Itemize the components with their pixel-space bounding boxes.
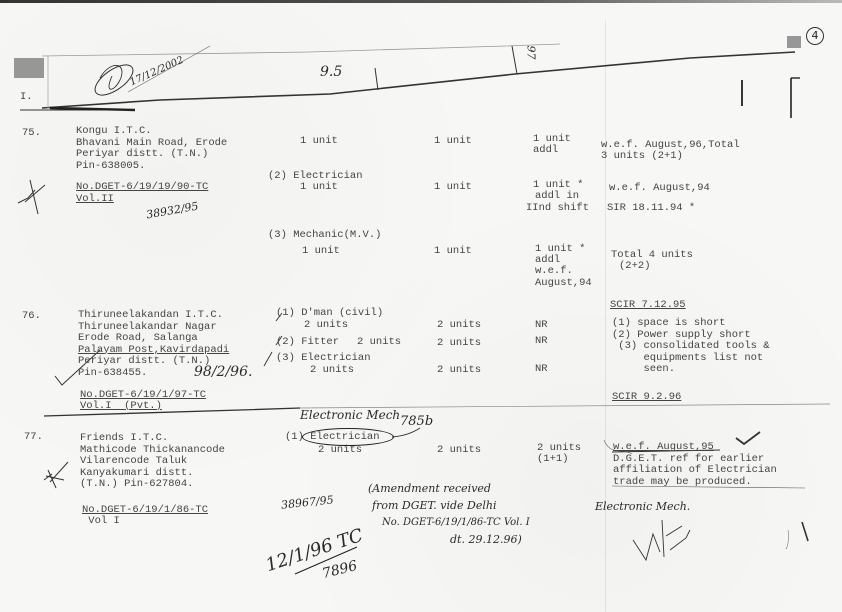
volume: Vol.I (Pvt.) xyxy=(80,401,162,413)
remarks-line: seen. xyxy=(612,364,770,376)
address-line: Pin-638005. xyxy=(76,161,227,173)
handwritten-trade-note: Electronic Mech xyxy=(300,408,400,422)
page-number-circled: 4 xyxy=(806,27,824,45)
trade-addl: addl xyxy=(533,145,558,157)
volume: Vol I xyxy=(82,516,120,528)
entry-serial: 75. xyxy=(22,128,41,140)
remarks-line: trade may be produced. xyxy=(613,477,777,489)
trade-status: NR xyxy=(535,364,548,376)
trade-addl: (1+1) xyxy=(537,454,569,466)
file-number: No.DGET-6/19/19/90-TC xyxy=(76,182,208,194)
trade-name: (2) Fitter xyxy=(276,337,339,349)
header-mark-right: 97 xyxy=(525,46,538,60)
address-line: Periyar distt. (T.N.) xyxy=(76,149,227,161)
trade-name: (3) Mechanic(M.V.) xyxy=(268,230,381,242)
trade-addl: w.e.f. xyxy=(535,266,573,278)
trade-units-sanctioned: 2 units xyxy=(318,445,362,457)
trade-units-affiliated: 2 units xyxy=(437,320,481,332)
amendment-line: dt. 29.12.96) xyxy=(450,531,530,548)
remarks-footer: SCIR 9.2.96 xyxy=(612,392,681,404)
trade-units-sanctioned: 2 units xyxy=(310,365,354,377)
address-line: Erode Road, Salanga xyxy=(78,333,229,345)
handwritten-amendment-note: (Amendment received from DGET. vide Delh… xyxy=(368,480,530,548)
trade-units-sanctioned: 1 unit xyxy=(300,182,338,194)
remarks-line: (3) consolidated tools & xyxy=(612,341,770,353)
header-mark-mid: 9.5 xyxy=(320,64,342,80)
trade-units-sanctioned: 2 units xyxy=(304,320,348,332)
trade-units-sanctioned: 1 unit xyxy=(300,136,338,148)
entry-serial: 77. xyxy=(24,432,43,444)
trade-addl: August,94 xyxy=(535,278,592,290)
trade-units-affiliated: 1 unit xyxy=(434,246,472,258)
institute-address: Friends I.T.C. Mathicode Thickanancode V… xyxy=(80,433,225,491)
trade-units-affiliated: 2 units xyxy=(437,365,481,377)
remarks-title: SCIR 7.12.95 xyxy=(610,300,686,312)
volume: Vol.II xyxy=(76,194,114,206)
header-roman-numeral: I. xyxy=(20,92,33,104)
trade-addl: IInd shift xyxy=(526,203,589,215)
amendment-line: (Amendment received xyxy=(368,480,530,497)
amendment-line: No. DGET-6/19/1/86-TC Vol. I xyxy=(382,514,530,531)
handwritten-trade-number: 785b xyxy=(400,414,433,429)
trade-addl: addl in xyxy=(535,191,579,203)
remarks-line: affiliation of Electrician xyxy=(613,465,777,477)
trade-name: (3) Electrician xyxy=(276,353,371,365)
address-line: Friends I.T.C. xyxy=(80,433,225,445)
trade-status: NR xyxy=(535,336,548,348)
remarks-line: 3 units (2+1) xyxy=(601,151,683,163)
trade-units-sanctioned: 1 unit xyxy=(302,246,340,258)
remarks-line: w.e.f. August,94 xyxy=(609,183,710,195)
trade-units-sanctioned: 2 units xyxy=(357,337,401,349)
trade-name: (1) D'man (civil) xyxy=(276,308,383,320)
scan-smudge xyxy=(787,36,801,48)
entry-serial: 76. xyxy=(22,311,41,323)
handwritten-ref: 98/2/96. xyxy=(194,364,252,380)
remarks-line: w.e.f. August,95 xyxy=(613,442,777,454)
amendment-line: from DGET. vide Delhi xyxy=(372,497,530,514)
trade-status: NR xyxy=(535,320,548,332)
remarks-line: (2+2) xyxy=(619,261,651,273)
scan-smudge xyxy=(14,58,44,78)
remarks-line: (1) space is short xyxy=(612,318,770,330)
institute-address: Kongu I.T.C. Bhavani Main Road, Erode Pe… xyxy=(76,126,227,172)
remarks-list: w.e.f. August,95 D.G.E.T. ref for earlie… xyxy=(613,442,777,488)
address-line: Kongu I.T.C. xyxy=(76,126,227,138)
trade-units-affiliated: 1 unit xyxy=(434,182,472,194)
trade-units-affiliated: 1 unit xyxy=(434,136,472,148)
trade-units-affiliated: 2 units xyxy=(437,445,481,457)
remarks-list: (1) space is short (2) Power supply shor… xyxy=(612,318,770,376)
trade-units-affiliated: 2 units xyxy=(437,338,481,350)
remarks-line: SIR 18.11.94 * xyxy=(607,203,695,215)
address-line: Vilarencode Taluk xyxy=(80,456,225,468)
address-line: (T.N.) Pin-627804. xyxy=(80,479,225,491)
address-line: Thiruneelakandan I.T.C. xyxy=(78,310,229,322)
handwritten-side-note: Electronic Mech. xyxy=(595,500,690,513)
